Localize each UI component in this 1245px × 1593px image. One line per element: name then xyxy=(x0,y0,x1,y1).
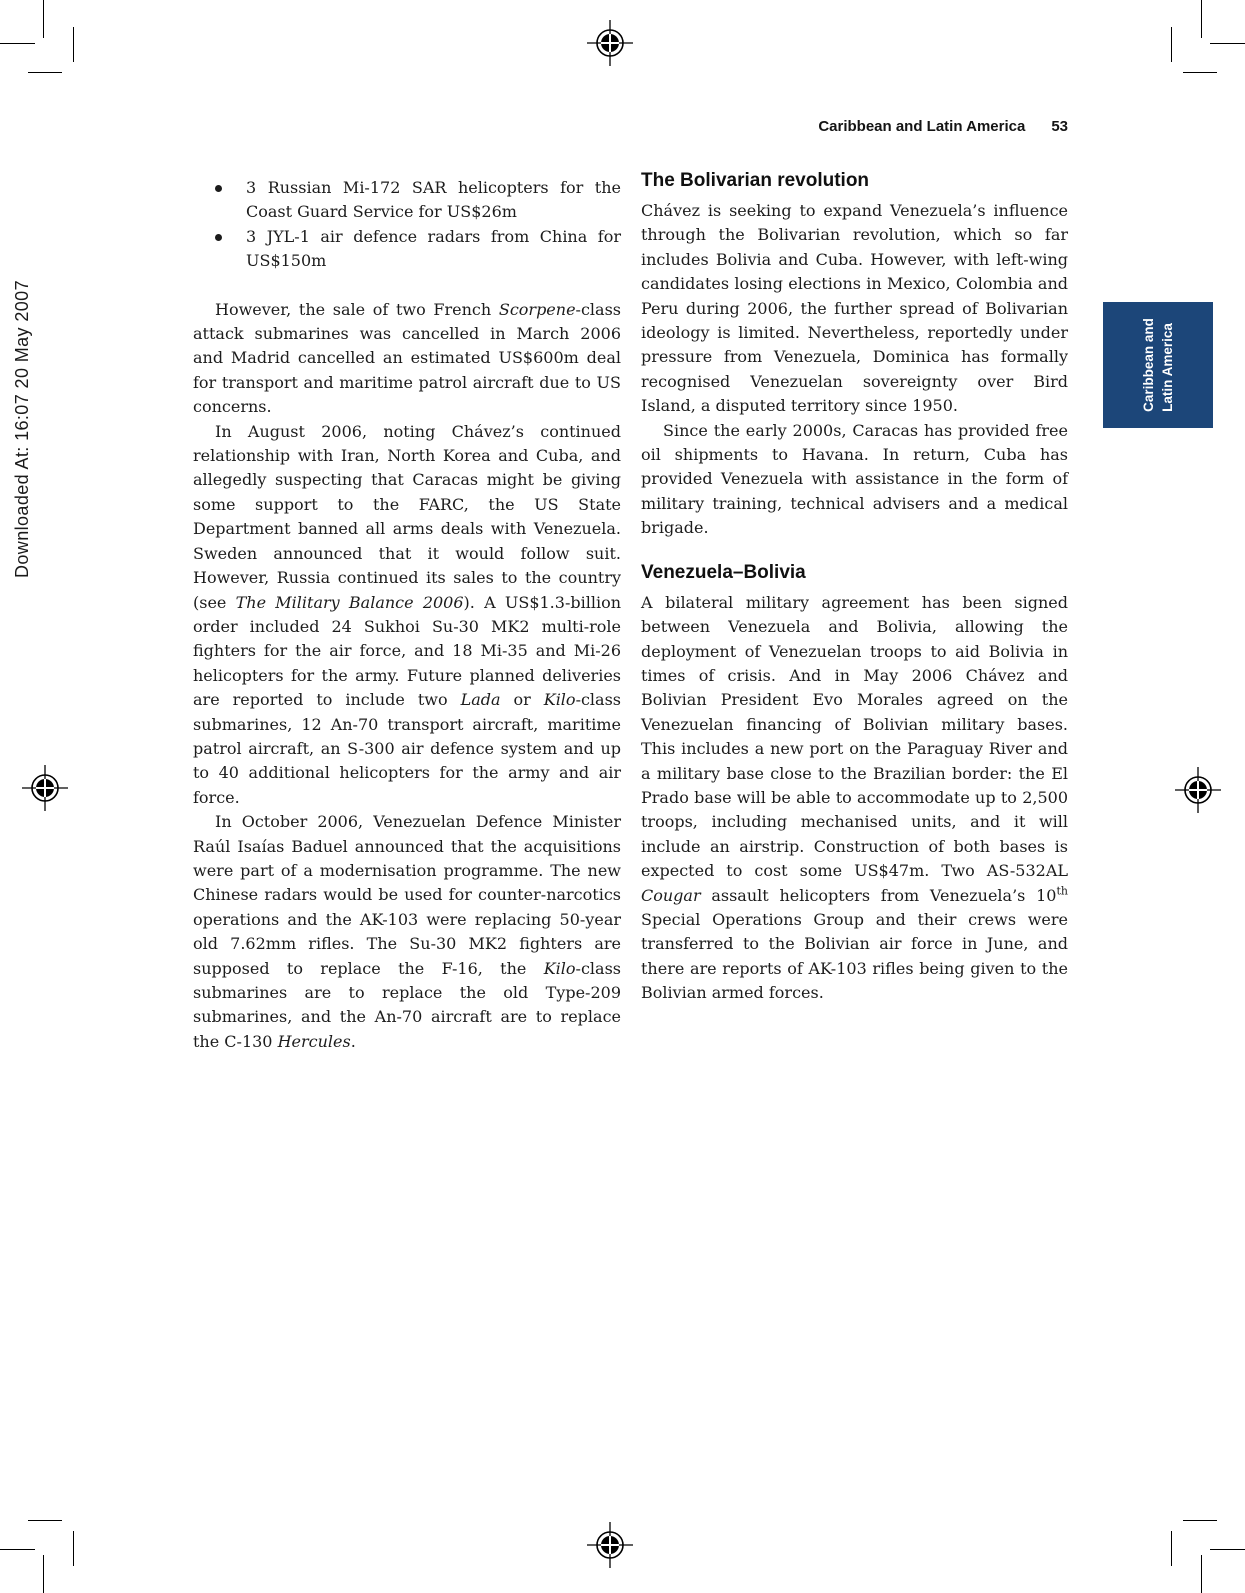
section-heading: The Bolivarian revolution xyxy=(641,170,1068,192)
registration-mark-top xyxy=(587,20,633,66)
bullet-text: 3 Russian Mi-172 SAR helicopters for the… xyxy=(246,178,621,221)
section-tab-line2: Latin America xyxy=(1158,318,1177,412)
body-paragraph: Chávez is seeking to expand Venezuela’s … xyxy=(641,199,1068,419)
crop-mark xyxy=(43,0,44,38)
crop-mark xyxy=(0,1549,35,1550)
crop-mark xyxy=(1201,0,1202,38)
crop-mark xyxy=(73,1531,74,1566)
crop-mark xyxy=(1210,1549,1245,1550)
section-tab-label: Caribbean and Latin America xyxy=(1139,318,1177,412)
section-heading: Venezuela–Bolivia xyxy=(641,562,1068,584)
crop-mark xyxy=(1210,43,1245,44)
left-column: 3 Russian Mi-172 SAR helicopters for the… xyxy=(193,176,621,1054)
crop-mark xyxy=(1171,1531,1172,1566)
crop-mark xyxy=(73,27,74,62)
body-paragraph: In August 2006, noting Chávez’s continue… xyxy=(193,420,621,811)
body-paragraph: In October 2006, Venezuelan Defence Mini… xyxy=(193,810,621,1054)
registration-mark-left xyxy=(22,765,68,811)
body-paragraph: Since the early 2000s, Caracas has provi… xyxy=(641,419,1068,541)
crop-mark xyxy=(0,43,35,44)
crop-mark xyxy=(43,1555,44,1593)
bullet-icon xyxy=(215,185,222,192)
section-tab-line1: Caribbean and xyxy=(1139,318,1158,412)
body-paragraph: However, the sale of two French Scorpene… xyxy=(193,298,621,420)
right-column: The Bolivarian revolution Chávez is seek… xyxy=(641,170,1068,1006)
crop-mark xyxy=(1171,27,1172,62)
list-item: 3 Russian Mi-172 SAR helicopters for the… xyxy=(193,176,621,225)
registration-mark-right xyxy=(1175,767,1221,813)
crop-mark xyxy=(1201,1555,1202,1593)
page-number: 53 xyxy=(1051,118,1068,135)
crop-mark xyxy=(28,72,62,73)
download-watermark: Downloaded At: 16:07 20 May 2007 xyxy=(12,280,33,578)
running-head: Caribbean and Latin America xyxy=(818,118,1025,135)
registration-mark-bottom xyxy=(587,1522,633,1568)
list-item: 3 JYL-1 air defence radars from China fo… xyxy=(193,225,621,274)
crop-mark xyxy=(1183,72,1217,73)
body-paragraph: A bilateral military agreement has been … xyxy=(641,591,1068,1006)
bullet-icon xyxy=(215,234,222,241)
section-tab: Caribbean and Latin America xyxy=(1103,302,1213,428)
crop-mark xyxy=(28,1520,62,1521)
crop-mark xyxy=(1183,1520,1217,1521)
bullet-text: 3 JYL-1 air defence radars from China fo… xyxy=(246,227,621,270)
page-header: Caribbean and Latin America53 xyxy=(193,118,1068,135)
